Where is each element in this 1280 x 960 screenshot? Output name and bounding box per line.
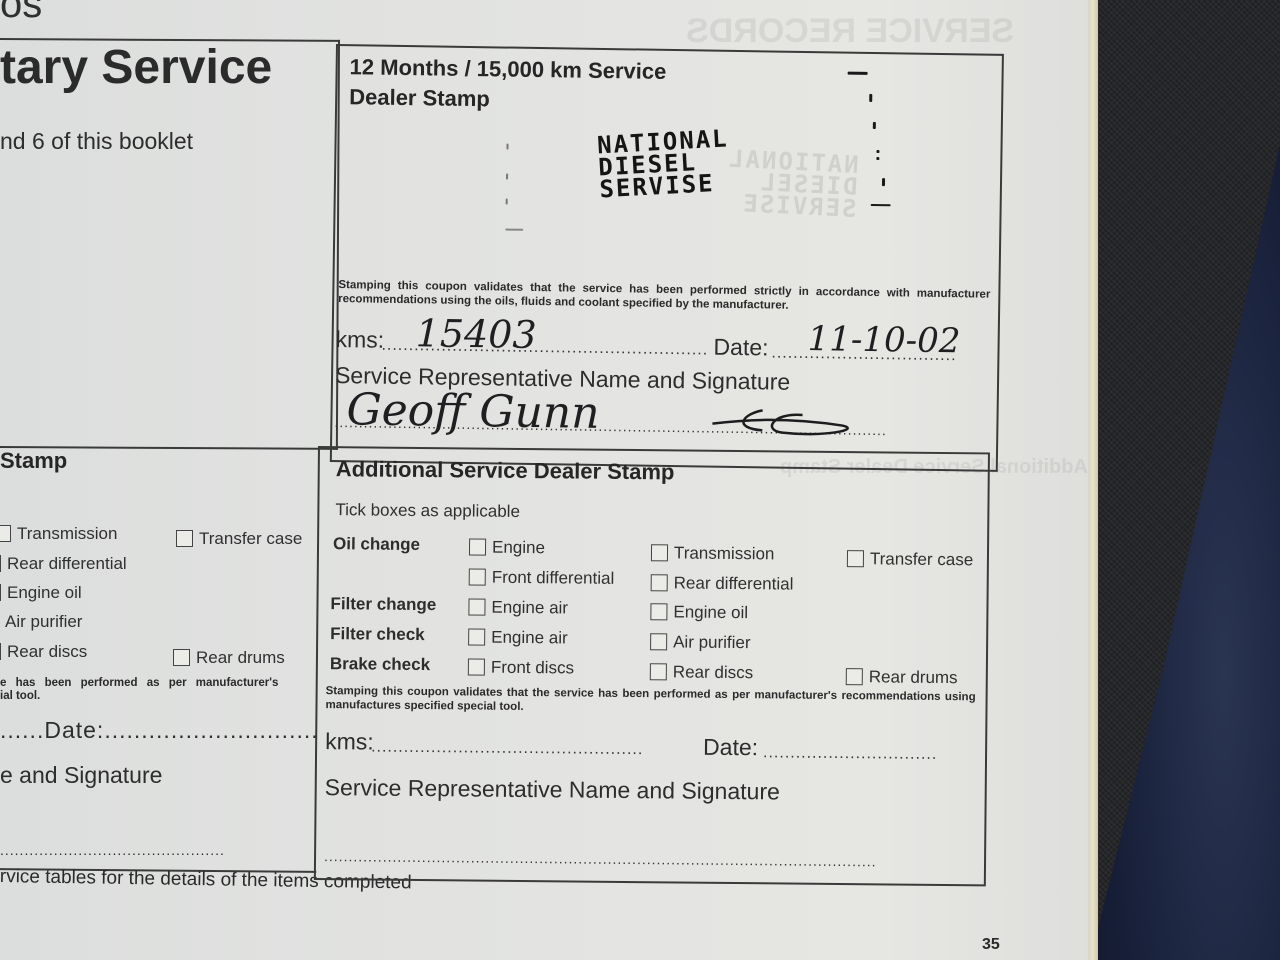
service-coupon-title: 12 Months / 15,000 km Service xyxy=(349,52,666,87)
checkbox[interactable] xyxy=(651,544,668,561)
checkbox-oil-transmission[interactable]: Transmission xyxy=(651,543,775,564)
checkbox[interactable] xyxy=(469,538,486,555)
category-oil-change: Oil change xyxy=(333,534,420,555)
checkbox[interactable] xyxy=(468,658,485,675)
left-checkbox-air-purifier[interactable]: Air purifier xyxy=(0,612,82,632)
signature-scribble xyxy=(702,401,883,444)
checkbox[interactable] xyxy=(846,668,863,685)
checkbox-filter-check-air-purifier[interactable]: Air purifier xyxy=(650,632,751,653)
checkbox[interactable] xyxy=(650,663,667,680)
checkbox[interactable] xyxy=(176,530,193,547)
dealer-stamp-line: SERVISE xyxy=(599,171,732,200)
additional-service-coupon: Additional Service Dealer Stamp Tick box… xyxy=(314,446,990,886)
left-checkbox-transmission[interactable]: Transmission xyxy=(0,524,117,544)
service-kms-label: kms: xyxy=(335,326,384,354)
checkbox[interactable] xyxy=(173,649,190,666)
service-signature-value[interactable]: Geoff Gunn xyxy=(346,384,600,439)
checkbox-filter-change-engine-air[interactable]: Engine air xyxy=(468,597,568,618)
additional-coupon-disclaimer: Stamping this coupon validates that the … xyxy=(325,684,975,718)
additional-date-field[interactable]: ................................ xyxy=(763,744,937,764)
left-checkbox-rear-drums[interactable]: Rear drums xyxy=(173,648,285,668)
left-date-field[interactable]: ......Date:............................. xyxy=(0,717,319,744)
left-disclaimer-line1: e has been performed as per manufacturer… xyxy=(0,676,278,690)
additional-date-label: Date: xyxy=(703,734,758,762)
category-filter-change: Filter change xyxy=(330,594,436,615)
category-brake-check: Brake check xyxy=(330,654,430,675)
checkbox[interactable] xyxy=(468,628,485,645)
checkbox-oil-transfer-case[interactable]: Transfer case xyxy=(847,549,973,570)
left-checkbox-rear-differential[interactable]: Rear differential xyxy=(0,554,127,574)
left-checkbox-engine-oil[interactable]: Engine oil xyxy=(0,583,82,603)
additional-coupon-instruction: Tick boxes as applicable xyxy=(335,500,520,522)
left-subtitle: nd 6 of this booklet xyxy=(0,128,193,155)
additional-signature-field[interactable]: ........................................… xyxy=(324,848,877,869)
checkbox[interactable] xyxy=(0,525,11,542)
checkbox[interactable] xyxy=(0,584,1,601)
checkbox-filter-check-engine-air[interactable]: Engine air xyxy=(468,627,568,648)
booklet-page: SERVICE RECORDS Additional Service Deale… xyxy=(0,0,1096,960)
left-checkbox-transfer-case[interactable]: Transfer case xyxy=(176,529,302,549)
service-date-value[interactable]: 11-10-02 xyxy=(807,319,960,361)
service-coupon-disclaimer: Stamping this coupon validates that the … xyxy=(338,278,990,316)
left-coupon-top xyxy=(0,38,340,450)
left-title: tary Service xyxy=(0,40,272,95)
additional-kms-label: kms: xyxy=(325,728,374,755)
service-coupon-subtitle: Dealer Stamp xyxy=(349,82,490,114)
left-signature-label: e and Signature xyxy=(0,762,162,789)
page-number: 35 xyxy=(982,936,1000,954)
checkbox[interactable] xyxy=(847,550,864,567)
checkbox[interactable] xyxy=(650,633,667,650)
checkbox[interactable] xyxy=(0,643,1,660)
bleed-through-heading: SERVICE RECORDS xyxy=(686,12,1014,51)
checkbox[interactable] xyxy=(0,555,1,572)
additional-kms-field[interactable]: ........................................… xyxy=(371,739,643,760)
checkbox-oil-rear-differential[interactable]: Rear differential xyxy=(651,573,794,594)
left-signature-field[interactable]: ........................................… xyxy=(0,842,225,858)
header-fragment: os xyxy=(0,0,42,27)
service-coupon: 12 Months / 15,000 km Service Dealer Sta… xyxy=(330,44,1004,472)
category-filter-check: Filter check xyxy=(330,624,425,645)
additional-signature-label: Service Representative Name and Signatur… xyxy=(325,774,780,805)
service-kms-value[interactable]: 15403 xyxy=(415,311,537,357)
checkbox[interactable] xyxy=(469,568,486,585)
checkbox-brake-rear-drums[interactable]: Rear drums xyxy=(846,667,958,688)
checkbox-brake-front-discs[interactable]: Front discs xyxy=(468,657,574,678)
checkbox[interactable] xyxy=(651,574,668,591)
checkbox-oil-engine[interactable]: Engine xyxy=(469,537,545,558)
left-checkbox-rear-discs[interactable]: Rear discs xyxy=(0,642,87,662)
page-edge xyxy=(1088,0,1098,960)
service-date-label: Date: xyxy=(713,334,768,362)
checkbox-oil-front-differential[interactable]: Front differential xyxy=(469,567,615,588)
left-disclaimer-line2: ial tool. xyxy=(0,689,40,703)
left-stamp-heading: Stamp xyxy=(0,446,67,476)
checkbox-brake-rear-discs[interactable]: Rear discs xyxy=(650,662,753,683)
checkbox[interactable] xyxy=(468,598,485,615)
checkbox[interactable] xyxy=(650,603,667,620)
checkbox-filter-change-engine-oil[interactable]: Engine oil xyxy=(650,602,748,623)
additional-coupon-title: Additional Service Dealer Stamp xyxy=(336,454,675,487)
